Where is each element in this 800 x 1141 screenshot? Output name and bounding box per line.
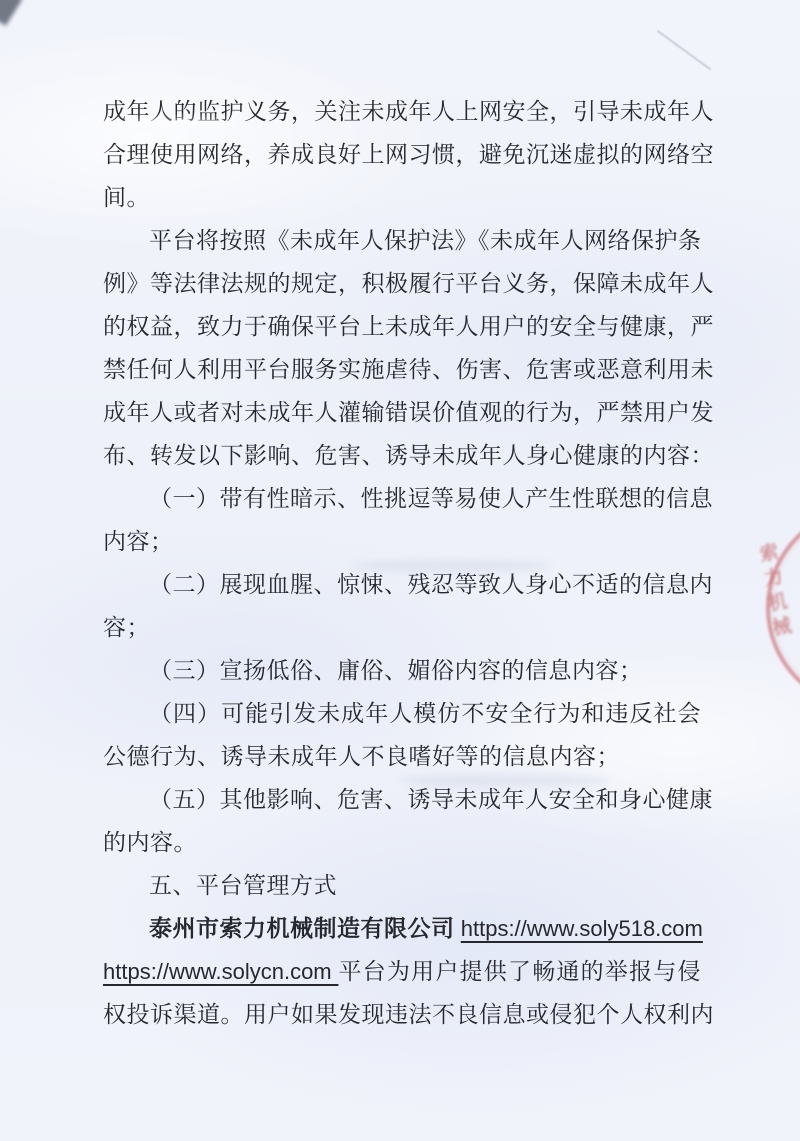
- text-segment: 内容；: [103, 529, 174, 554]
- text-segment: 泰州市索力机械制造有限公司: [149, 916, 461, 941]
- text-line: 内容；: [103, 520, 701, 563]
- text-line: 公德行为、诱导未成年人不良嗜好等的信息内容；: [103, 735, 701, 778]
- text-segment: 布、转发以下影响、危害、诱导未成年人身心健康的内容：: [103, 443, 714, 468]
- text-segment: （四）可能引发未成年人模仿不安全行为和违反社会: [149, 701, 701, 726]
- text-line: 五、平台管理方式: [103, 864, 701, 907]
- text-segment: 间。: [103, 185, 150, 210]
- text-segment: 容；: [103, 615, 150, 640]
- scan-bleedthrough-smudge: [352, 560, 552, 572]
- scan-artifact-corner: [0, 0, 23, 26]
- document-page: 成年人的监护义务，关注未成年人上网安全，引导未成年人合理使用网络，养成良好上网习…: [0, 0, 800, 1141]
- text-segment: 禁任何人利用平台服务实施虐待、伤害、危害或恶意利用未: [103, 357, 714, 382]
- url-text: https://www.solycn.com: [103, 959, 338, 984]
- text-line: 的内容。: [103, 821, 701, 864]
- text-segment: 的内容。: [103, 830, 197, 855]
- text-segment: 合理使用网络，养成良好上网习惯，避免沉迷虚拟的网络空: [103, 142, 714, 167]
- text-line: 平台将按照《未成年人保护法》《未成年人网络保护条: [103, 219, 701, 262]
- text-segment: 平台为用户提供了畅通的举报与侵: [338, 959, 701, 984]
- scan-bleedthrough-smudge: [400, 774, 610, 787]
- text-line: （四）可能引发未成年人模仿不安全行为和违反社会: [103, 692, 701, 735]
- text-segment: 的权益，致力于确保平台上未成年人用户的安全与健康，严: [103, 314, 714, 339]
- text-line: 间。: [103, 176, 701, 219]
- text-line: 权投诉渠道。用户如果发现违法不良信息或侵犯个人权利内: [103, 993, 701, 1036]
- text-line: 容；: [103, 606, 701, 649]
- text-segment: 成年人或者对未成年人灌输错误价值观的行为，严禁用户发: [103, 400, 714, 425]
- url-text: https://www.soly518.com: [461, 916, 703, 941]
- text-segment: 例》等法律法规的规定，积极履行平台义务，保障未成年人: [103, 271, 714, 296]
- text-line: 例》等法律法规的规定，积极履行平台义务，保障未成年人: [103, 262, 701, 305]
- text-segment: （二）展现血腥、惊悚、残忍等致人身心不适的信息内: [149, 572, 713, 597]
- scan-artifact-scratch: [657, 30, 712, 70]
- text-segment: 平台将按照《未成年人保护法》《未成年人网络保护条: [149, 228, 702, 253]
- text-line: 泰州市索力机械制造有限公司 https://www.soly518.com: [103, 907, 701, 950]
- text-segment: 权投诉渠道。用户如果发现违法不良信息或侵犯个人权利内: [103, 1002, 714, 1027]
- text-line: 成年人或者对未成年人灌输错误价值观的行为，严禁用户发: [103, 391, 701, 434]
- text-segment: 五、平台管理方式: [149, 873, 337, 898]
- text-segment: （一）带有性暗示、性挑逗等易使人产生性联想的信息: [149, 486, 713, 511]
- scan-light-streak: [120, 118, 240, 127]
- text-line: https://www.solycn.com 平台为用户提供了畅通的举报与侵: [103, 950, 701, 993]
- text-line: 禁任何人利用平台服务实施虐待、伤害、危害或恶意利用未: [103, 348, 701, 391]
- text-line: （五）其他影响、危害、诱导未成年人安全和身心健康: [103, 778, 701, 821]
- text-segment: （五）其他影响、危害、诱导未成年人安全和身心健康: [149, 787, 713, 812]
- text-segment: 公德行为、诱导未成年人不良嗜好等的信息内容；: [103, 744, 620, 769]
- text-line: （三）宣扬低俗、庸俗、媚俗内容的信息内容；: [103, 649, 701, 692]
- text-line: （一）带有性暗示、性挑逗等易使人产生性联想的信息: [103, 477, 701, 520]
- text-line: 布、转发以下影响、危害、诱导未成年人身心健康的内容：: [103, 434, 701, 477]
- text-line: 的权益，致力于确保平台上未成年人用户的安全与健康，严: [103, 305, 701, 348]
- text-segment: （三）宣扬低俗、庸俗、媚俗内容的信息内容；: [149, 658, 643, 683]
- text-line: 合理使用网络，养成良好上网习惯，避免沉迷虚拟的网络空: [103, 133, 701, 176]
